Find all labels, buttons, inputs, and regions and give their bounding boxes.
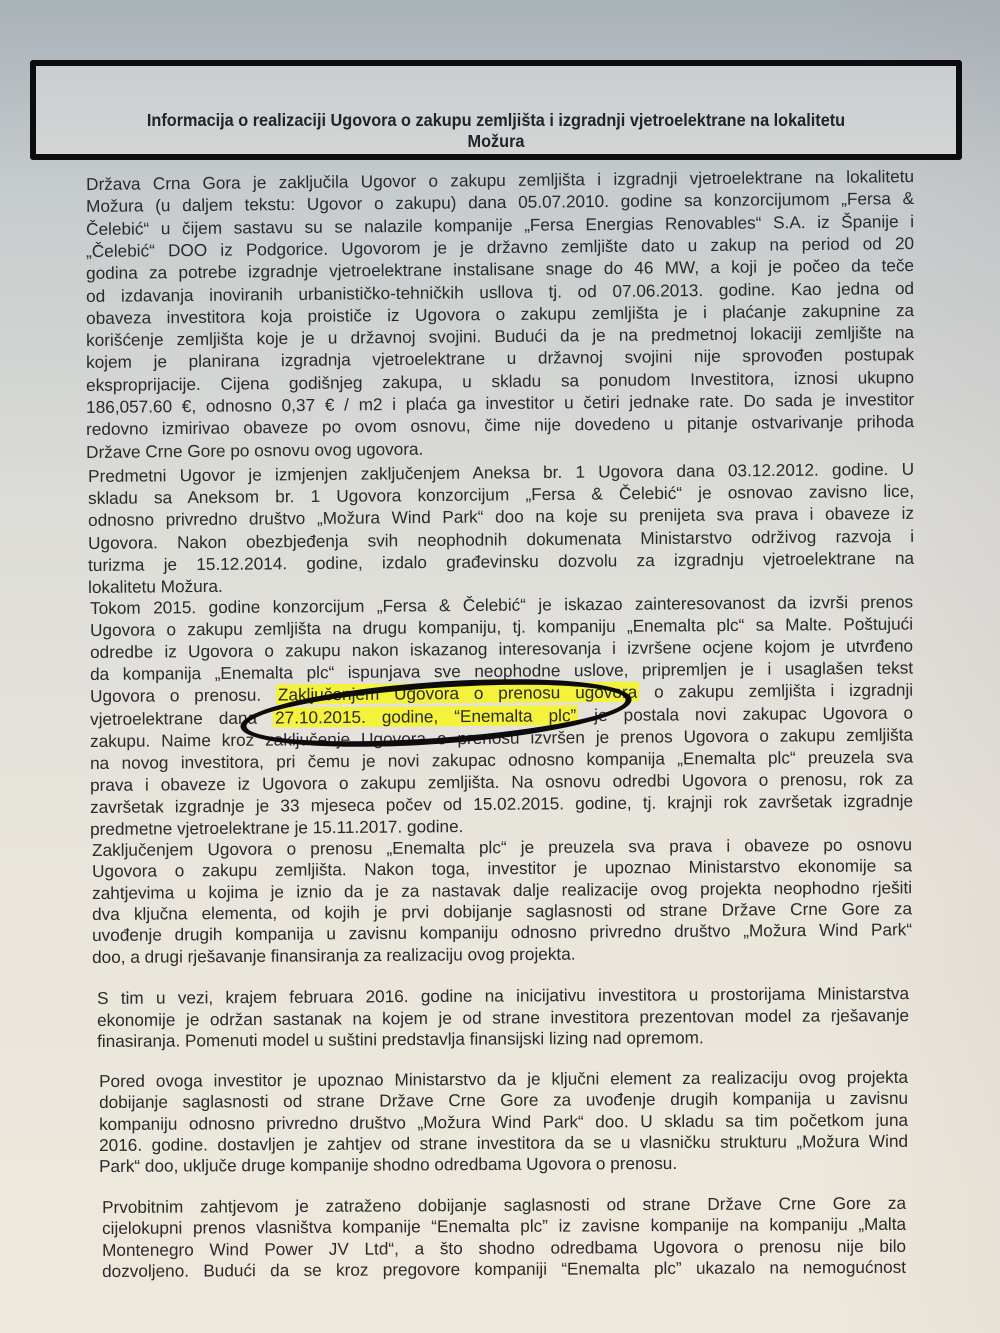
paragraph-7-line: Prvobitnim zahtjevom je zatraženo dobija… bbox=[102, 1193, 906, 1217]
paragraph-6-line: Pored ovoga investitor je upoznao Minist… bbox=[99, 1067, 908, 1091]
paragraph-6-line: 2016. godine. dostavljen je zahtjev od s… bbox=[99, 1131, 908, 1155]
document-title: Informacija o realizaciji Ugovora o zaku… bbox=[68, 110, 924, 152]
paragraph-4-line: doo, a drugi rješavanje finansiranja za … bbox=[92, 941, 912, 967]
paragraph-3-line: Ugovora o prenosu. Zaključenjem Ugovora … bbox=[90, 680, 913, 706]
paragraph-7-line: Montenegro Wind Power JV Ltd“, a što sho… bbox=[102, 1236, 906, 1260]
highlighted-text: 27.10.2015. godine, “Enemalta plc” bbox=[273, 705, 578, 727]
paragraph-5-line: ekonomije je održan sastanak na kojem je… bbox=[97, 1005, 909, 1030]
paragraph-1-line: Države Crne Gore po osnovu ovog ugovora. bbox=[86, 434, 914, 462]
title-line-2: Možura bbox=[68, 131, 924, 152]
title-line-1: Informacija o realizaciji Ugovora o zaku… bbox=[68, 110, 924, 131]
title-box: Informacija o realizaciji Ugovora o zaku… bbox=[30, 60, 962, 160]
paragraph-6-line: kompaniju odnosno privredno društvo „Mož… bbox=[99, 1109, 908, 1133]
paragraph-6-line: Park“ doo, uključe druge kompanije shodn… bbox=[99, 1152, 908, 1176]
paragraph-7-line: cijelokupni prenos vlasništva kompanije … bbox=[102, 1214, 906, 1238]
paragraph-6-line: dobijanje saglasnosti od strane Države C… bbox=[99, 1088, 908, 1112]
paragraph-5-line: S tim u vezi, krajem februara 2016. godi… bbox=[97, 983, 909, 1008]
paragraph-7-line: dozvoljeno. Budući da se kroz pregovore … bbox=[102, 1257, 906, 1281]
paragraph-5-line: finasiranja. Pomenuti model u suštini pr… bbox=[97, 1026, 909, 1051]
highlighted-text: Zaključenjem Ugovora o prenosu ugovora bbox=[276, 682, 639, 705]
